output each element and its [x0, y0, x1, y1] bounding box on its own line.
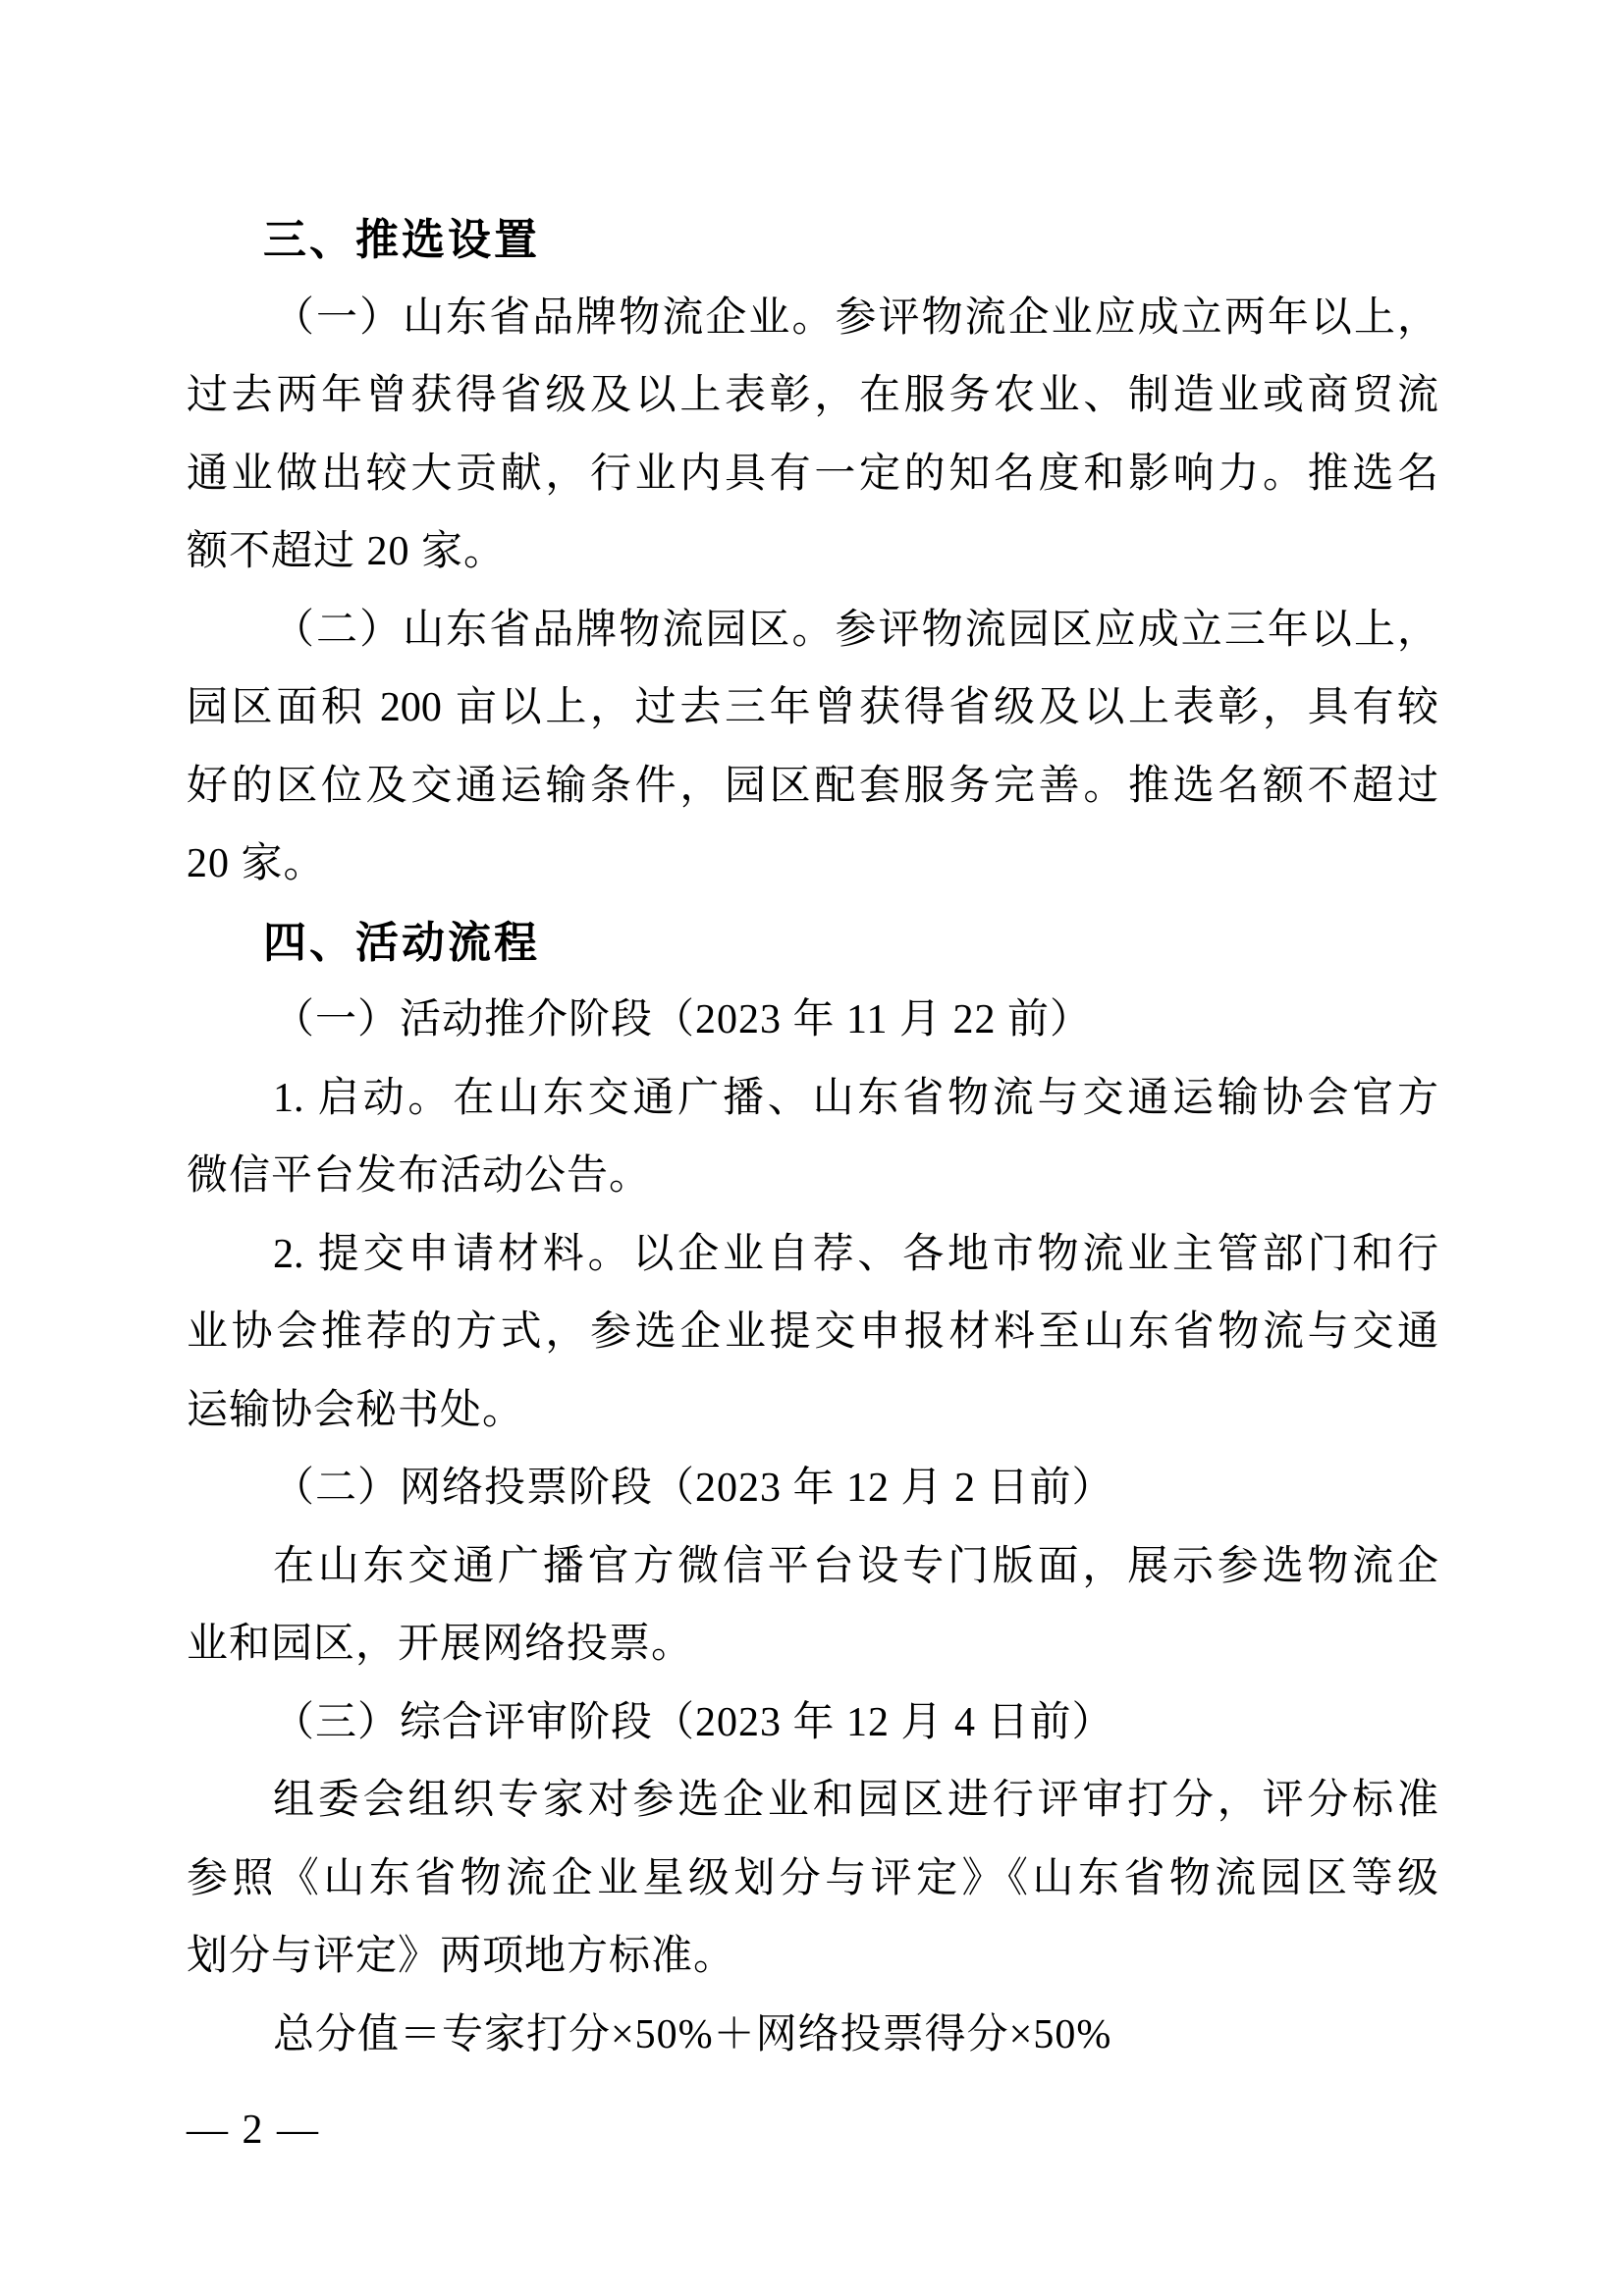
- body-text-line: 组委会组织专家对参选企业和园区进行评审打分，评分标准: [187, 1762, 1438, 1841]
- body-text-line: 20 家。: [187, 826, 1438, 904]
- body-text-line: 业协会推荐的方式，参选企业提交申报材料至山东省物流与交通: [187, 1294, 1438, 1372]
- body-text-line: 园区面积 200 亩以上，过去三年曾获得省级及以上表彰，具有较: [187, 669, 1438, 748]
- formula-line: 总分值＝专家打分×50%＋网络投票得分×50%: [187, 1997, 1438, 2075]
- subsection-heading: （一）活动推介阶段（2023 年 11 月 22 前）: [187, 982, 1438, 1060]
- page-number: — 2 —: [187, 2109, 320, 2152]
- document-body: 三、推选设置 （一）山东省品牌物流企业。参评物流企业应成立两年以上， 过去两年曾…: [187, 201, 1438, 2074]
- body-text-line: 1. 启动。在山东交通广播、山东省物流与交通运输协会官方: [187, 1060, 1438, 1139]
- body-text-line: 运输协会秘书处。: [187, 1372, 1438, 1451]
- body-text-line: 划分与评定》两项地方标准。: [187, 1918, 1438, 1997]
- body-text-line: （二）山东省品牌物流园区。参评物流园区应成立三年以上，: [187, 592, 1438, 670]
- body-text-line: 好的区位及交通运输条件，园区配套服务完善。推选名额不超过: [187, 748, 1438, 827]
- section-heading-4: 四、活动流程: [187, 904, 1438, 983]
- document-page: 三、推选设置 （一）山东省品牌物流企业。参评物流企业应成立两年以上， 过去两年曾…: [0, 0, 1624, 2296]
- body-text-line: （一）山东省品牌物流企业。参评物流企业应成立两年以上，: [187, 280, 1438, 358]
- body-text-line: 2. 提交申请材料。以企业自荐、各地市物流业主管部门和行: [187, 1216, 1438, 1295]
- body-text-line: 参照《山东省物流企业星级划分与评定》《山东省物流园区等级: [187, 1841, 1438, 1919]
- body-text-line: 微信平台发布活动公告。: [187, 1138, 1438, 1216]
- body-text-line: 过去两年曾获得省级及以上表彰，在服务农业、制造业或商贸流: [187, 357, 1438, 436]
- subsection-heading: （二）网络投票阶段（2023 年 12 月 2 日前）: [187, 1450, 1438, 1528]
- body-text-line: 额不超过 20 家。: [187, 513, 1438, 592]
- body-text-line: 业和园区，开展网络投票。: [187, 1606, 1438, 1684]
- subsection-heading: （三）综合评审阶段（2023 年 12 月 4 日前）: [187, 1684, 1438, 1763]
- section-heading-3: 三、推选设置: [187, 201, 1438, 280]
- body-text-line: 通业做出较大贡献，行业内具有一定的知名度和影响力。推选名: [187, 436, 1438, 514]
- body-text-line: 在山东交通广播官方微信平台设专门版面，展示参选物流企: [187, 1528, 1438, 1607]
